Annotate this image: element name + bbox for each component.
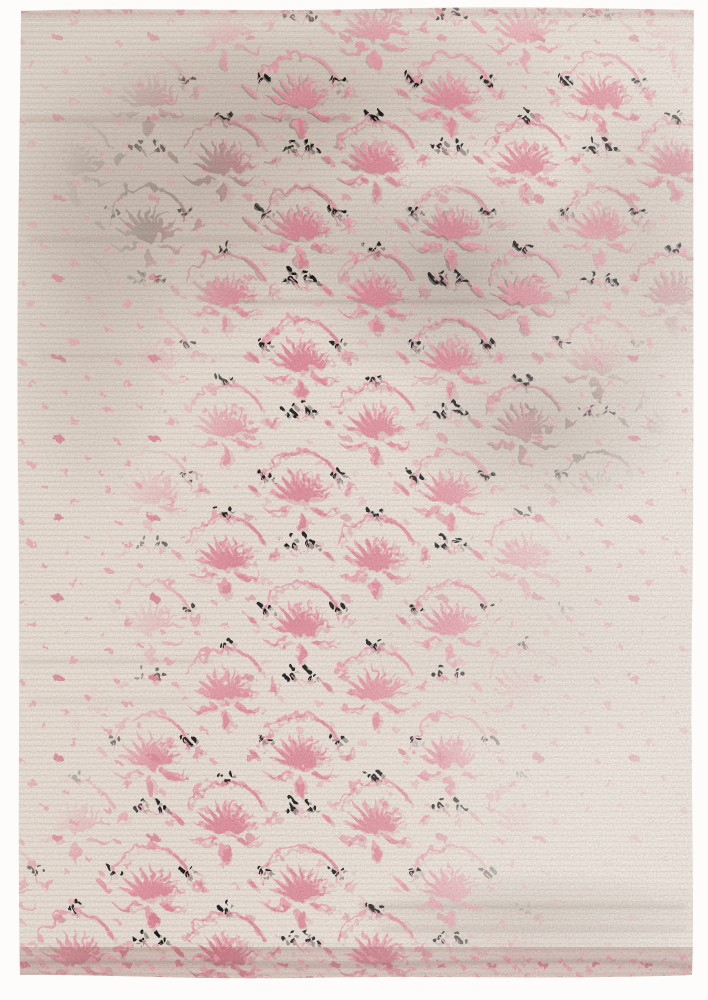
rug-product-photo: [0, 0, 708, 1000]
rug-canvas: [0, 0, 708, 1000]
grain-layer: [10, 0, 708, 1000]
